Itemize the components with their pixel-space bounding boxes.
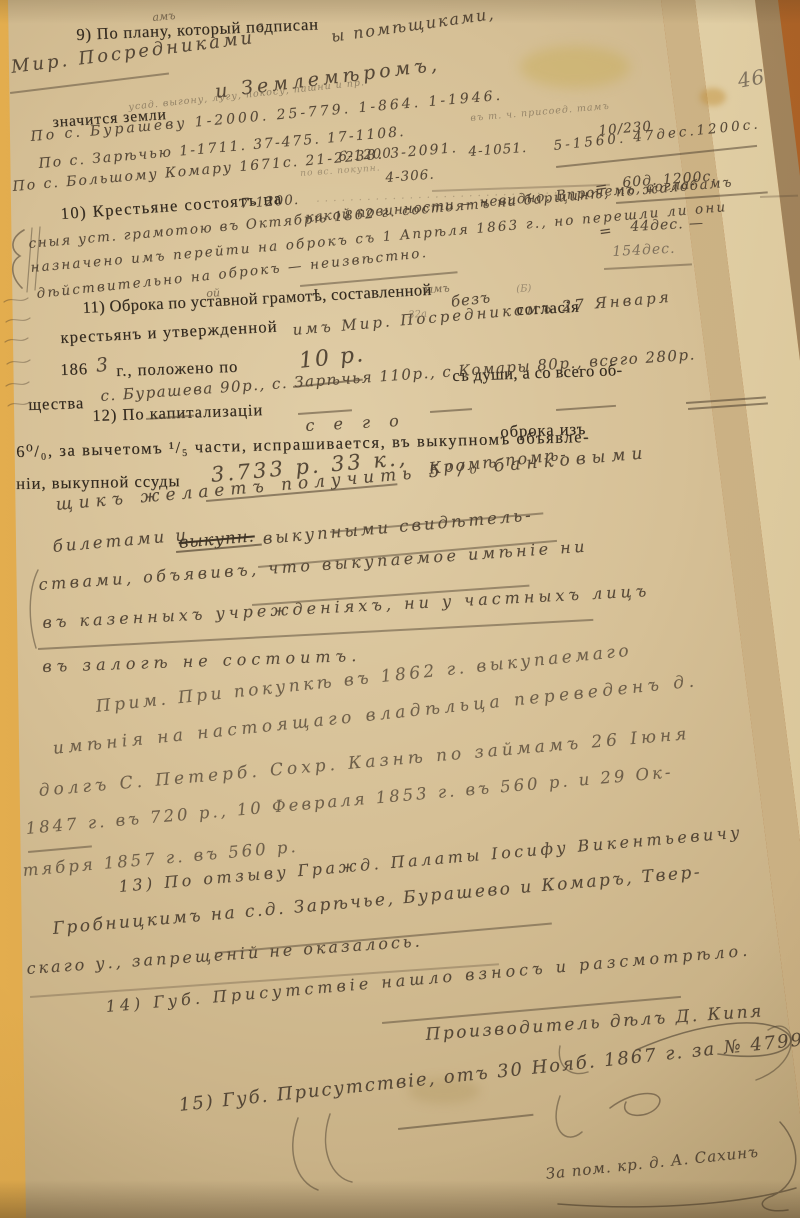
item11-printed3: крестьянъ и утвержденной [60, 318, 278, 347]
item12-hw5: въ казенныхъ учрежденіяхъ, ни у частныхъ… [42, 582, 651, 631]
item15-hw1: 15) Губ. Присутствіе, отъ 30 Нояб. 1867 … [178, 1030, 800, 1115]
item12-hw_sego: с е г о [305, 412, 406, 435]
underline-stroke [10, 73, 169, 94]
land-r3b: 4-306. [385, 168, 435, 186]
underline-stroke [556, 405, 616, 411]
underline-stroke [28, 845, 92, 852]
underline-stroke [760, 195, 798, 198]
underline-stroke [430, 408, 472, 413]
item11-printed4: 186 [60, 360, 88, 379]
item12-hw3a: билетами и [52, 526, 190, 556]
page_number: 46 [736, 65, 767, 91]
item12-printed1: 12) По капитализаціи [92, 401, 264, 425]
archival-document-photo: амъ9) По плану, который подписанеы помѣщ… [0, 0, 800, 1218]
underline-stroke [398, 1114, 533, 1130]
land-t3: 154дес. [612, 242, 676, 261]
item11-sup4: 32а [408, 309, 427, 321]
item12-hw6: въ залогѣ не состоитъ. [42, 647, 362, 676]
item12-hw3b: выкупными свидѣтель- [262, 506, 534, 548]
underline-stroke [604, 263, 692, 269]
item11-hw_year: 3 [95, 355, 109, 377]
underline-stroke [688, 402, 768, 409]
land-r2b: 4-1051. [468, 141, 528, 160]
item11-printed7: щества [28, 394, 84, 414]
item11-sup3: (Б) [516, 283, 532, 295]
page-content: амъ9) По плану, который подписанеы помѣщ… [0, 0, 800, 1218]
item9-hw_tail: ы помѣщиками, [330, 5, 496, 45]
land-hdr2: въ т. ч. присоед. тамъ [470, 102, 610, 125]
item9-sup2: е [256, 19, 264, 33]
item11-printed5: г., положено по [116, 358, 239, 380]
footer-signature: За пом. кр. д. А. Сахинъ [545, 1144, 760, 1183]
